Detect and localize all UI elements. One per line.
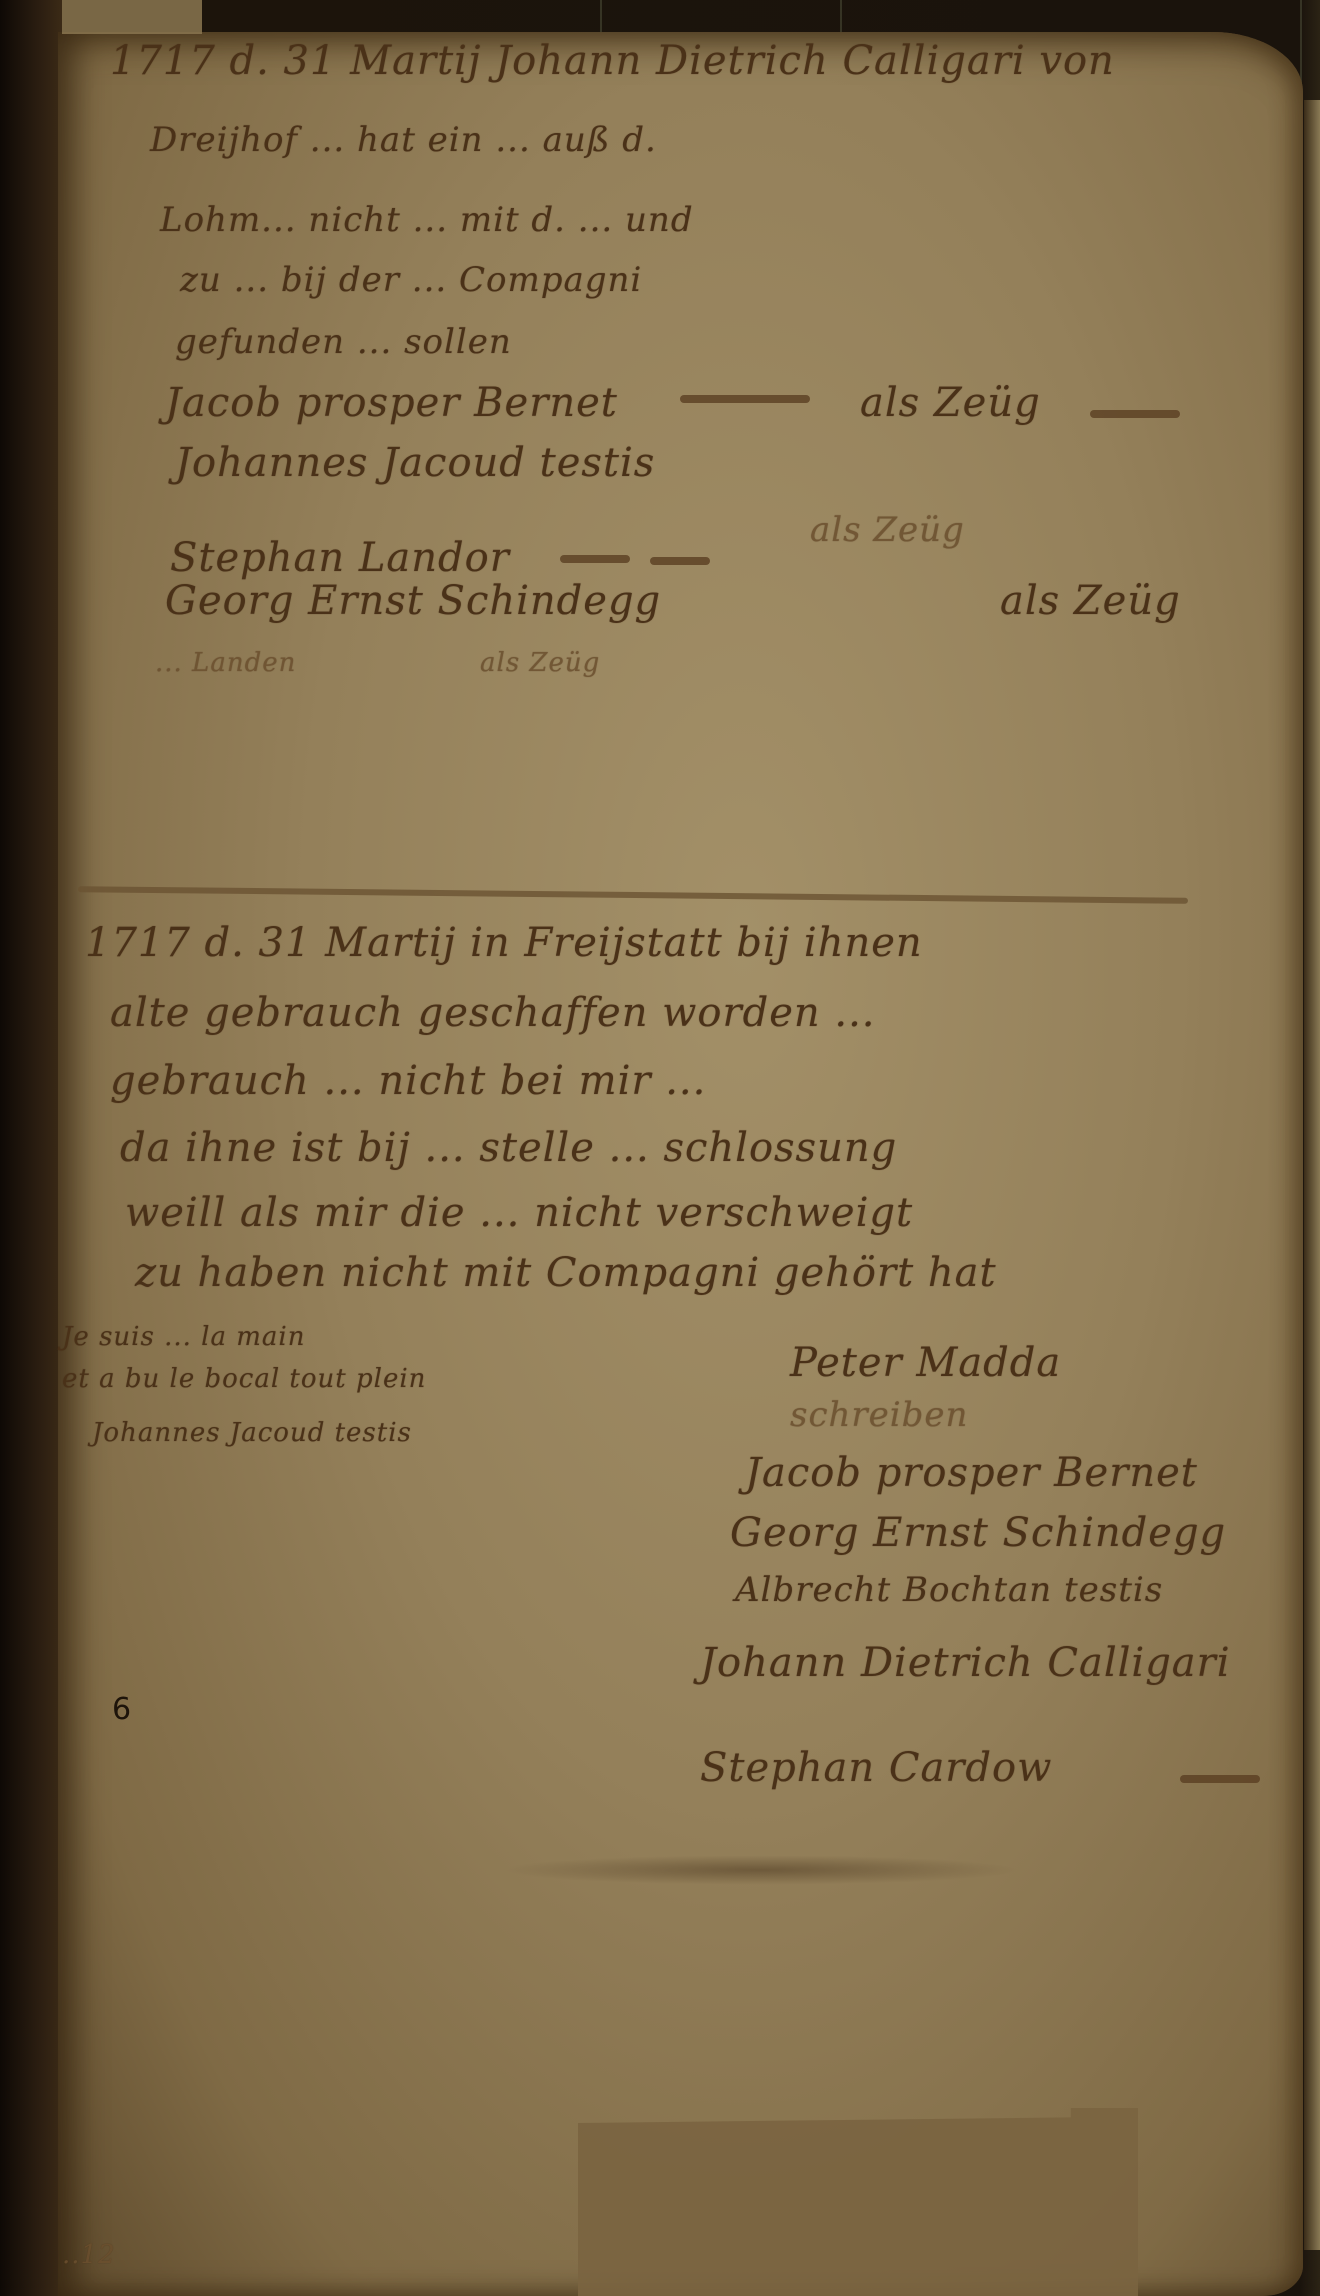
margin-note-line: Je suis ... la main	[62, 1322, 305, 1352]
witness-name: Jacob prosper Bernet	[165, 380, 618, 426]
witness-name: Johannes Jacoud testis	[175, 440, 655, 486]
signature: Jacob prosper Bernet	[745, 1450, 1198, 1496]
entry-1-line: gefunden ... sollen	[175, 322, 512, 362]
dash-line	[650, 557, 710, 565]
witness-role: als Zeüg	[860, 380, 1041, 426]
entry-1-line: Lohm... nicht ... mit d. ... und	[160, 200, 694, 240]
signature: schreiben	[790, 1395, 968, 1435]
witness-name: ... Landen	[155, 648, 296, 678]
signature: Albrecht Bochtan testis	[735, 1570, 1163, 1610]
signature: Johann Dietrich Calligari	[700, 1640, 1231, 1686]
entry-1-line: 1717 d. 31 Martij Johann Dietrich Callig…	[110, 38, 1115, 84]
dash-line	[1180, 1775, 1260, 1783]
signature: Georg Ernst Schindegg	[730, 1510, 1226, 1556]
witness-role: als Zeüg	[810, 510, 965, 550]
next-page-edge	[1304, 100, 1320, 2250]
witness-name: Georg Ernst Schindegg	[165, 578, 661, 624]
margin-number: 6	[112, 1692, 131, 1727]
dash-line	[1090, 410, 1180, 418]
dash-line	[560, 555, 630, 563]
paper-patch	[578, 2108, 1138, 2296]
entry-2-line: gebrauch ... nicht bei mir ...	[110, 1058, 706, 1104]
witness-role: als Zeüg	[1000, 578, 1181, 624]
margin-note-line: Johannes Jacoud testis	[92, 1418, 412, 1448]
entry-2-line: 1717 d. 31 Martij in Freijstatt bij ihne…	[85, 920, 923, 966]
page-corner-number: ..12	[62, 2240, 116, 2270]
entry-1-line: zu ... bij der ... Compagni	[180, 260, 642, 300]
dash-line	[680, 395, 810, 403]
entry-2-line: zu haben nicht mit Compagni gehört hat	[135, 1250, 997, 1296]
entry-1-line: Dreijhof ... hat ein ... auß d.	[150, 120, 657, 160]
margin-note-line: et a bu le bocal tout plein	[62, 1364, 426, 1394]
entry-2-line: alte gebrauch geschaffen worden ...	[110, 990, 876, 1036]
page-tab	[62, 0, 202, 34]
signature: Peter Madda	[790, 1340, 1061, 1386]
book-binding	[0, 0, 62, 2296]
signature: Stephan Cardow	[700, 1745, 1052, 1791]
entry-2-line: da ihne ist bij ... stelle ... schlossun…	[120, 1125, 897, 1171]
entry-2-line: weill als mir die ... nicht verschweigt	[125, 1190, 913, 1236]
witness-name: Stephan Landor	[170, 535, 510, 581]
ink-stain	[500, 1855, 1020, 1885]
witness-role: als Zeüg	[480, 648, 600, 678]
